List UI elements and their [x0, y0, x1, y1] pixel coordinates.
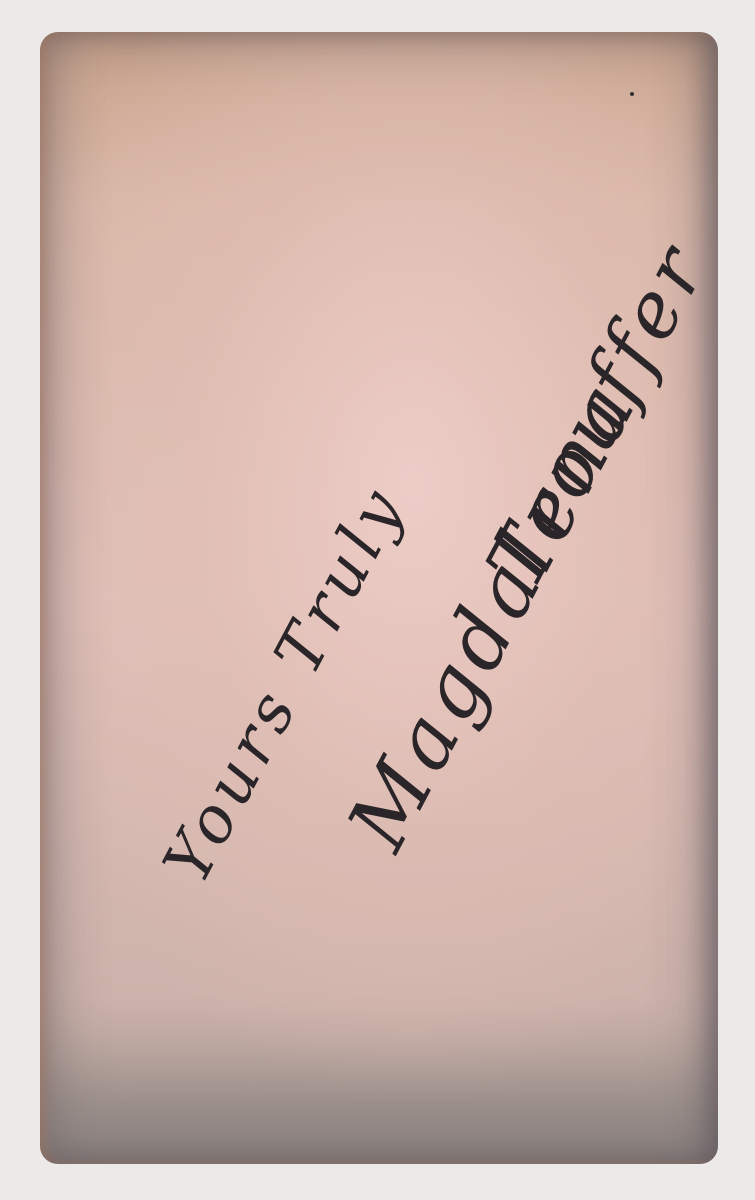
card-edge-shading [40, 32, 718, 1164]
ink-speck [630, 92, 634, 96]
photo-card-back [40, 32, 718, 1164]
